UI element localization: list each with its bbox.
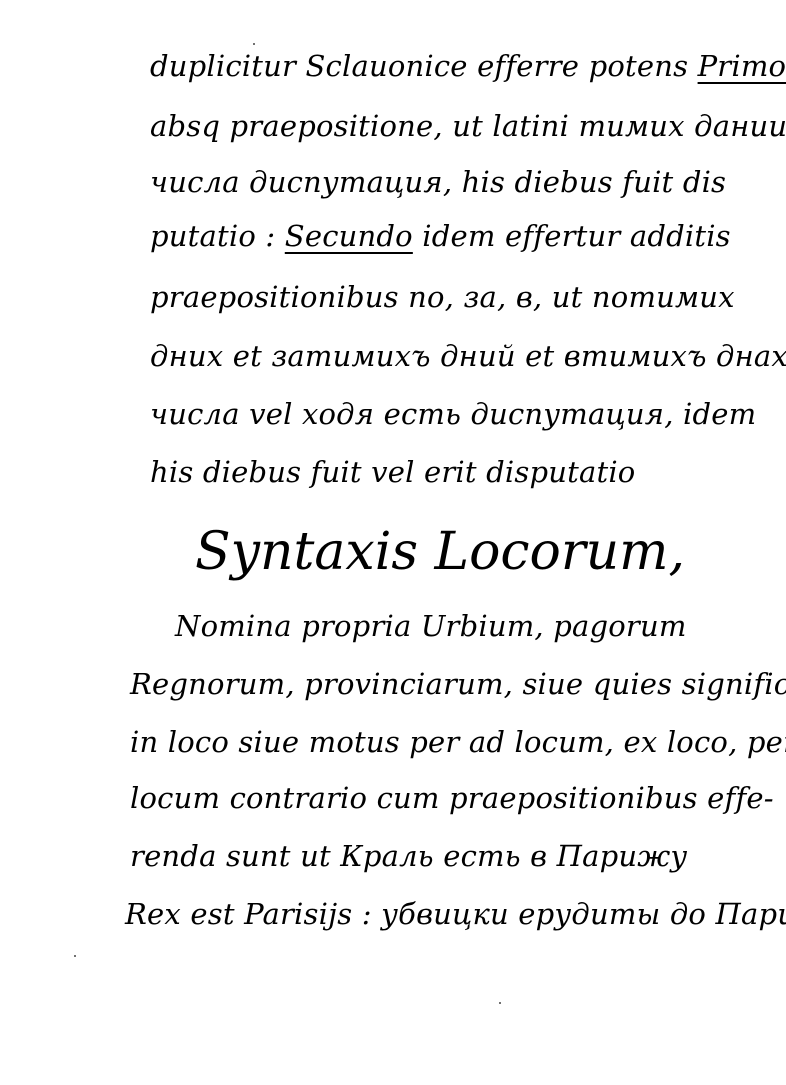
text-line-1: duplicitur Sclauonice efferre potens Pri…: [150, 52, 786, 81]
paragraph-line-2: Regnorum, provinciarum, siue quies signi…: [130, 670, 786, 699]
paragraph-line-5: renda sunt ut Краль есть в Парижу: [130, 842, 687, 871]
line-text: absq praepositione, ut latini тимих дани…: [150, 109, 786, 143]
paragraph-line-4: locum contrario cum praepositionibus eff…: [130, 784, 774, 813]
paragraph-line-6: Rex est Parisijs : убвицки ерудиты до Па…: [125, 900, 786, 929]
manuscript-page: duplicitur Sclauonice efferre potens Pri…: [0, 0, 786, 1085]
text-line-7: числа vel ходя есть диспутация, idem: [150, 400, 756, 429]
underlined-word-secundo: Secundo: [285, 219, 413, 253]
text-line-2: absq praepositione, ut latini тимих дани…: [150, 112, 786, 141]
text-line-8: his diebus fuit vel erit disputatio: [150, 458, 635, 487]
text-line-5: praepositionibus по, за, в, ut потимих: [150, 283, 735, 312]
line-text: praepositionibus по, за, в, ut потимих: [150, 280, 735, 314]
line-text: idem effertur additis: [413, 219, 731, 253]
line-text: putatio :: [150, 219, 285, 253]
section-heading: Syntaxis Locorum,: [195, 522, 685, 582]
paragraph-line-1: Nomina propria Urbium, pagorum: [175, 612, 687, 641]
ink-speck: [74, 955, 76, 957]
text-line-3: числа диспутация, his diebus fuit dis: [150, 168, 726, 197]
line-text: his diebus fuit vel erit disputatio: [150, 455, 635, 489]
underlined-word-primo: Primo: [698, 49, 786, 83]
ink-speck: [253, 43, 255, 45]
line-text: дних et затимихъ дний et втимихъ днахъ: [150, 339, 786, 373]
paragraph-line-3: in loco siue motus per ad locum, ex loco…: [130, 728, 786, 757]
text-line-4: putatio : Secundo idem effertur additis: [150, 222, 731, 251]
line-text: числа диспутация, his diebus fuit dis: [150, 165, 726, 199]
line-text: duplicitur Sclauonice efferre potens: [150, 49, 698, 83]
text-line-6: дних et затимихъ дний et втимихъ днахъ: [150, 342, 786, 371]
ink-speck: [499, 1002, 501, 1004]
line-text: числа vel ходя есть диспутация, idem: [150, 397, 756, 431]
